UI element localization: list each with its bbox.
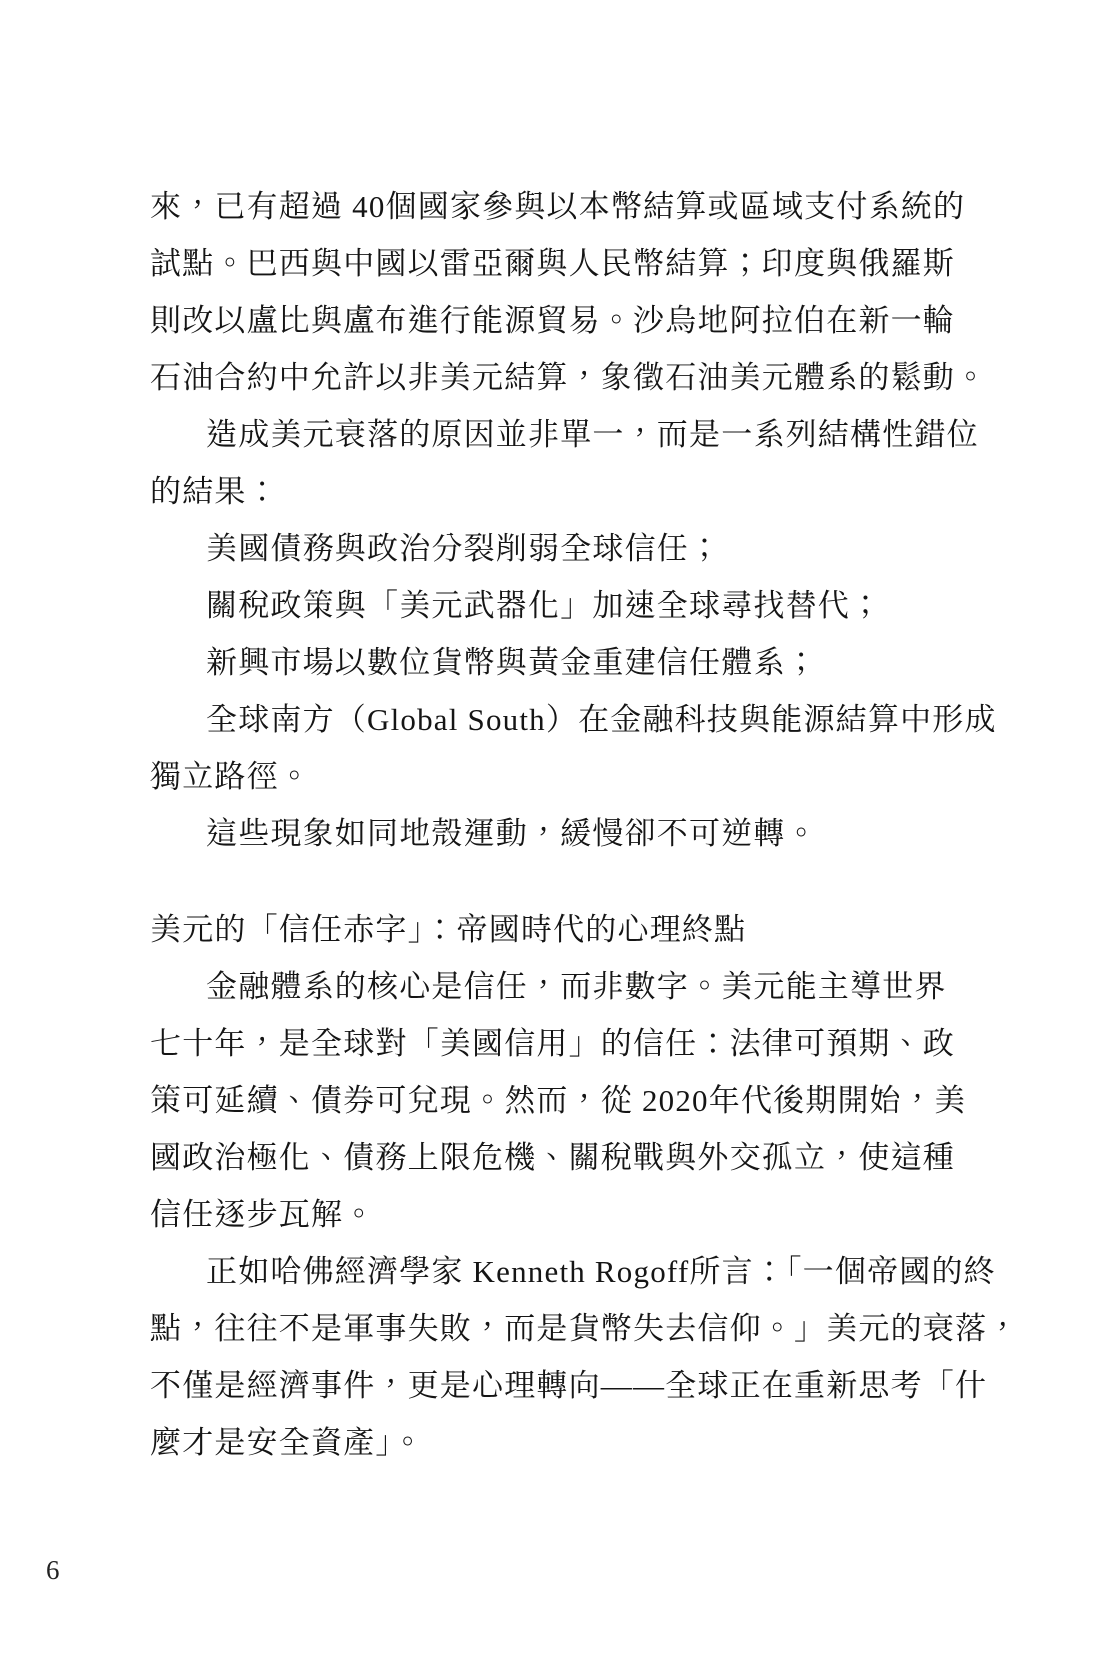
text-line: 新興市場以數位貨幣與黃金重建信任體系；: [150, 634, 962, 691]
text-line: 的結果：: [150, 463, 962, 520]
page-number: 6: [46, 1552, 60, 1588]
text-line: 來，已有超過 40個國家參與以本幣結算或區域支付系統的: [150, 178, 962, 235]
text-line: 全球南方（Global South）在金融科技與能源結算中形成: [150, 691, 962, 748]
text-line: 獨立路徑。: [150, 748, 962, 805]
book-page: 來，已有超過 40個國家參與以本幣結算或區域支付系統的 試點。巴西與中國以雷亞爾…: [0, 0, 1103, 1654]
text-line: 國政治極化、債務上限危機、關稅戰與外交孤立，使這種: [150, 1129, 962, 1186]
text-line: 麼才是安全資產」。: [150, 1414, 962, 1471]
text-line: 石油合約中允許以非美元結算，象徵石油美元體系的鬆動。: [150, 349, 962, 406]
text-line: 策可延續、債券可兌現。然而，從 2020年代後期開始，美: [150, 1072, 962, 1129]
text-line: 這些現象如同地殼運動，緩慢卻不可逆轉。: [150, 805, 962, 862]
text-line: 試點。巴西與中國以雷亞爾與人民幣結算；印度與俄羅斯: [150, 235, 962, 292]
text-line: 七十年，是全球對「美國信用」的信任：法律可預期、政: [150, 1015, 962, 1072]
text-line: 美國債務與政治分裂削弱全球信任；: [150, 520, 962, 577]
text-line: 造成美元衰落的原因並非單一，而是一系列結構性錯位: [150, 406, 962, 463]
text-block: 來，已有超過 40個國家參與以本幣結算或區域支付系統的 試點。巴西與中國以雷亞爾…: [150, 178, 962, 1471]
text-line: 信任逐步瓦解。: [150, 1186, 962, 1243]
text-line: 關稅政策與「美元武器化」加速全球尋找替代；: [150, 577, 962, 634]
text-line: 則改以盧比與盧布進行能源貿易。沙烏地阿拉伯在新一輪: [150, 292, 962, 349]
text-line: 正如哈佛經濟學家 Kenneth Rogoff所言：「一個帝國的終: [150, 1243, 962, 1300]
text-line: 點，往往不是軍事失敗，而是貨幣失去信仰。」美元的衰落，: [150, 1300, 962, 1357]
text-line: 不僅是經濟事件，更是心理轉向——全球正在重新思考「什: [150, 1357, 962, 1414]
section-heading: 美元的「信任赤字」：帝國時代的心理終點: [150, 901, 962, 958]
text-line: 金融體系的核心是信任，而非數字。美元能主導世界: [150, 958, 962, 1015]
